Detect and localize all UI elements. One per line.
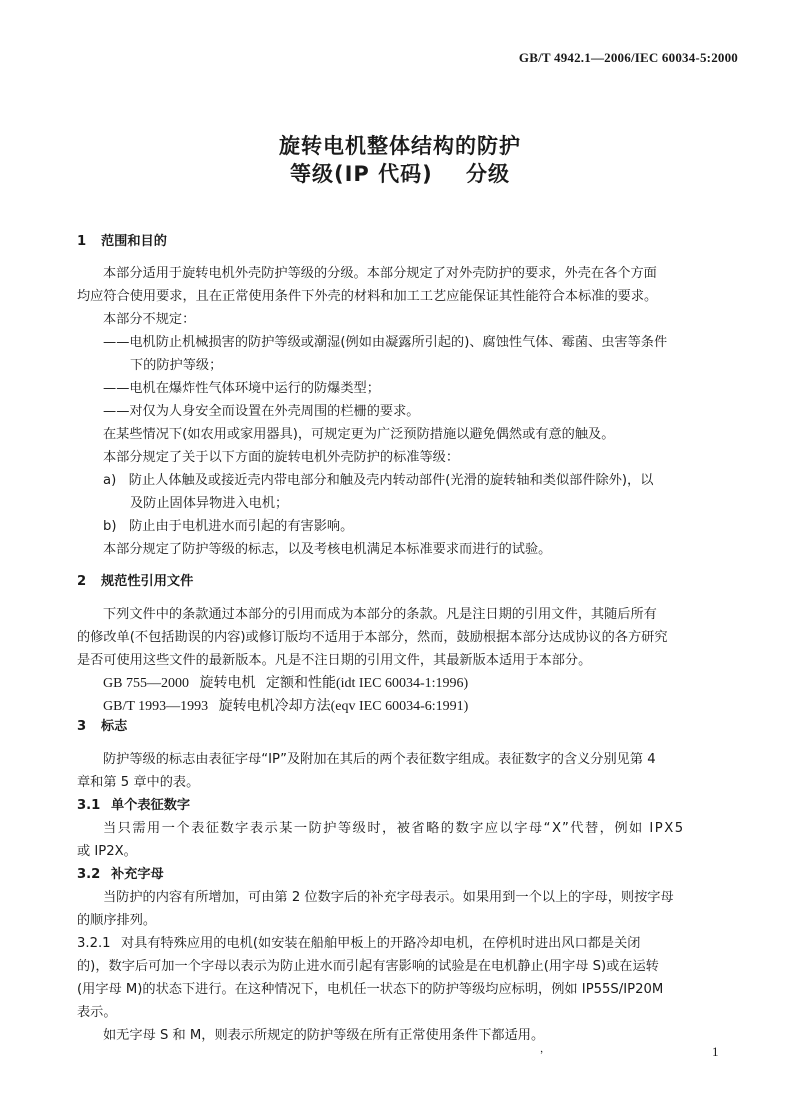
section-title: 补充字母 <box>111 867 164 882</box>
paragraph-line: 章和第 5 章中的表。 <box>77 773 199 793</box>
paragraph-line: 本部分适用于旋转电机外壳防护等级的分级。本部分规定了对外壳防护的要求，外壳在各个… <box>103 264 657 284</box>
clause-number: 3.2.1 <box>77 934 121 954</box>
paragraph-line: 防护等级的标志由表征字母“IP”及附加在其后的两个表征数字组成。表征数字的含义分… <box>103 750 656 770</box>
document-title-line-1: 旋转电机整体结构的防护 <box>0 130 800 160</box>
section-number: 3.1 <box>77 796 111 816</box>
section-number: 3.2 <box>77 865 111 885</box>
list-item-a: a) 防止人体触及或接近壳内带电部分和触及壳内转动部件(光滑的旋转轴和类似部件除… <box>103 471 653 491</box>
standard-id-header: GB/T 4942.1—2006/IEC 60034-5:2000 <box>519 50 738 66</box>
list-item-b: b) 防止由于电机进水而引起的有害影响。 <box>103 517 353 537</box>
clause-text: 对具有特殊应用的电机(如安装在船舶甲板上的开路冷却电机，在停机时进出风口都是关闭 <box>121 936 640 951</box>
paragraph-line: 如无字母 S 和 M，则表示所规定的防护等级在所有正常使用条件下都适用。 <box>103 1026 544 1046</box>
paragraph-line: 是否可使用这些文件的最新版本。凡是不注日期的引用文件，其最新版本适用于本部分。 <box>77 651 591 671</box>
normative-reference: GB/T 1993—1993 旋转电机冷却方法(eqv IEC 60034-6:… <box>103 697 468 717</box>
section-1-heading: 1范围和目的 <box>77 232 167 252</box>
section-title: 标志 <box>101 719 127 734</box>
paragraph-line: 本部分规定了防护等级的标志，以及考核电机满足本标准要求而进行的试验。 <box>103 540 551 560</box>
paragraph-line: 当防护的内容有所增加，可由第 2 位数字后的补充字母表示。如果用到一个以上的字母… <box>103 888 674 908</box>
section-title: 范围和目的 <box>101 234 167 249</box>
paragraph-line: 在某些情况下(如农用或家用器具)，可规定更为广泛预防措施以避免偶然或有意的触及。 <box>103 425 614 445</box>
paragraph-line: 或 IP2X。 <box>77 842 137 862</box>
paragraph-line: 表示。 <box>77 1003 117 1023</box>
paragraph-line: 下列文件中的条款通过本部分的引用而成为本部分的条款。凡是注日期的引用文件，其随后… <box>103 605 657 625</box>
paragraph-line: 的)，数字后可加一个字母以表示为防止进水而引起有害影响的试验是在电机静止(用字母… <box>77 957 659 977</box>
section-3-2-heading: 3.2补充字母 <box>77 865 164 885</box>
list-item-dash: ——对仅为人身安全而设置在外壳周围的栏栅的要求。 <box>103 402 420 422</box>
section-number: 1 <box>77 232 101 252</box>
section-2-heading: 2规范性引用文件 <box>77 572 193 592</box>
paragraph-line: 的顺序排列。 <box>77 911 156 931</box>
page-number: 1 <box>712 1044 719 1060</box>
paragraph-line: 当只需用一个表征数字表示某一防护等级时，被省略的数字应以字母“X”代替，例如 I… <box>103 819 685 839</box>
list-item-dash: ——电机防止机械损害的防护等级或潮湿(例如由凝露所引起的)、腐蚀性气体、霉菌、虫… <box>103 333 667 353</box>
document-title-line-2: 等级(IP 代码) 分级 <box>0 158 800 188</box>
paragraph-line: 的修改单(不包括勘误的内容)或修订版均不适用于本部分，然而，鼓励根据本部分达成协… <box>77 628 668 648</box>
paragraph-line: 本部分规定了关于以下方面的旋转电机外壳防护的标准等级： <box>103 448 459 468</box>
normative-reference: GB 755—2000 旋转电机 定额和性能(idt IEC 60034-1:1… <box>103 674 468 694</box>
clause-3-2-1-line: 3.2.1对具有特殊应用的电机(如安装在船舶甲板上的开路冷却电机，在停机时进出风… <box>77 934 640 954</box>
list-item-dash: ——电机在爆炸性气体环境中运行的防爆类型； <box>103 379 380 399</box>
section-number: 2 <box>77 572 101 592</box>
list-item-continuation: 及防止固体异物进入电机； <box>130 494 288 514</box>
section-title: 单个表征数字 <box>111 798 190 813</box>
paragraph-line: 均应符合使用要求，且在正常使用条件下外壳的材料和加工工艺应能保证其性能符合本标准… <box>77 287 657 307</box>
paragraph-line: 本部分不规定： <box>103 310 195 330</box>
paragraph-line: (用字母 M)的状态下进行。在这种情况下，电机任一状态下的防护等级均应标明，例如… <box>77 980 663 1000</box>
section-3-heading: 3标志 <box>77 717 127 737</box>
section-number: 3 <box>77 717 101 737</box>
section-title: 规范性引用文件 <box>101 574 193 589</box>
scan-mark: ， <box>540 1040 550 1055</box>
section-3-1-heading: 3.1单个表征数字 <box>77 796 190 816</box>
list-item-continuation: 下的防护等级； <box>130 356 222 376</box>
